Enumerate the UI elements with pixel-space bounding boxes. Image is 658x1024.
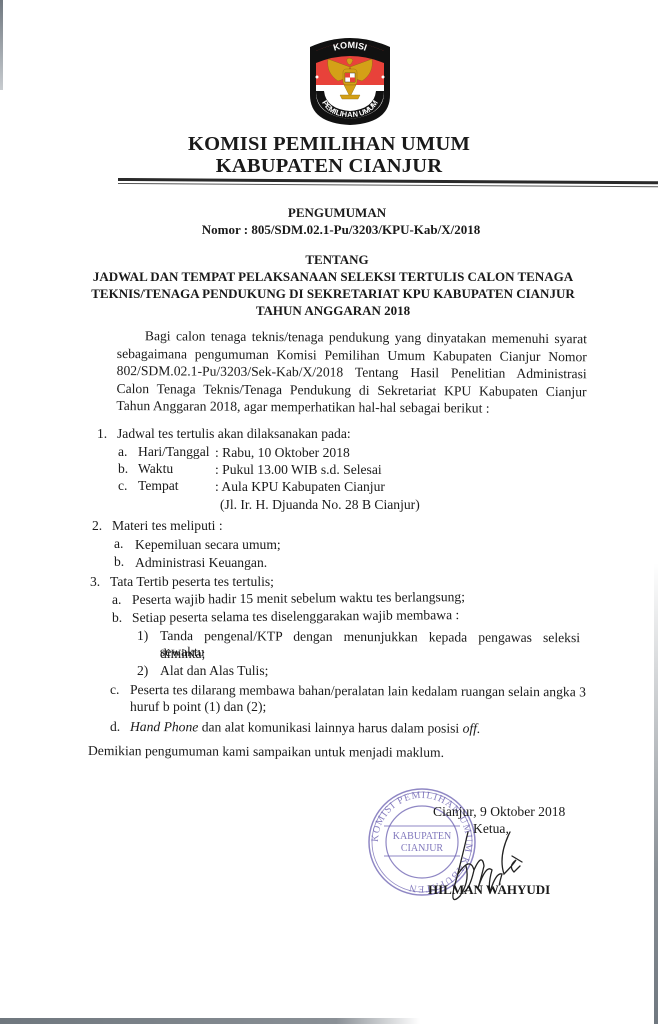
schedule-value-time: : Pukul 13.00 WIB s.d. Selesai	[215, 462, 382, 478]
announcement-number: Nomor : 805/SDM.02.1-Pu/3203/KPU-Kab/X/2…	[12, 222, 658, 238]
section-title: Tata Tertib peserta tes tertulis;	[110, 574, 274, 590]
rule-item: Setiap peserta selama tes diselenggaraka…	[132, 607, 459, 626]
section-title: Materi tes meliputi :	[112, 518, 223, 534]
subject-line: TAHUN ANGGARAN 2018	[4, 302, 658, 319]
subject-line: JADWAL DAN TEMPAT PELAKSANAAN SELEKSI TE…	[4, 268, 658, 285]
rule-item: Peserta tes dilarang membawa bahan/peral…	[130, 682, 586, 700]
item-letter: a.	[114, 536, 123, 552]
signature-place-date: Cianjur, 9 Oktober 2018	[433, 804, 565, 820]
scan-edge-bottom	[0, 1018, 420, 1024]
italic-term: off.	[463, 721, 481, 736]
sub-item-number: 1)	[137, 628, 148, 644]
handwritten-signature-icon	[440, 826, 530, 916]
announcement-subject: JADWAL DAN TEMPAT PELAKSANAAN SELEKSI TE…	[4, 268, 658, 319]
sub-item-number: 2)	[137, 663, 148, 679]
section-title: Jadwal tes tertulis akan dilaksanakan pa…	[117, 426, 351, 442]
item-letter: a.	[118, 444, 127, 460]
about-label: TENTANG	[8, 252, 658, 268]
material-item: Administrasi Keuangan.	[135, 555, 267, 571]
section-number: 3.	[90, 574, 100, 590]
schedule-value-place: : Aula KPU Kabupaten Cianjur	[215, 479, 385, 495]
item-letter: d.	[110, 719, 120, 735]
rule-item-continued: huruf b point (1) dan (2);	[130, 699, 266, 715]
schedule-label-place: Tempat	[138, 478, 179, 494]
section-number: 2.	[92, 518, 102, 534]
rule-item: Peserta wajib hadir 15 menit sebelum wak…	[132, 589, 465, 608]
org-name-line1: KOMISI PEMILIHAN UMUM	[0, 133, 658, 156]
intro-text: Bagi calon tenaga teknis/tenaga pendukun…	[116, 328, 587, 416]
header-rule-thin	[118, 183, 658, 187]
item-letter: b.	[114, 554, 124, 570]
sub-item-continued: diminta;	[160, 646, 205, 662]
org-name-line2: KABUPATEN CIANJUR	[0, 155, 658, 178]
schedule-label-date: Hari/Tanggal	[138, 444, 210, 460]
kpu-logo-icon: KOMISI PEMILIHAN UMUM	[306, 33, 394, 125]
signatory-name: HILMAN WAHYUDI	[428, 882, 550, 898]
schedule-value-address: (Jl. Ir. H. Djuanda No. 28 B Cianjur)	[220, 497, 420, 513]
material-item: Kepemiluan secara umum;	[135, 537, 281, 553]
item-letter: c.	[110, 682, 119, 698]
intro-paragraph: Bagi calon tenaga teknis/tenaga pendukun…	[116, 327, 587, 418]
announcement-title: PENGUMUMAN	[8, 205, 658, 221]
italic-term: Hand Phone	[130, 719, 198, 734]
sub-item: Alat dan Alas Tulis;	[160, 663, 268, 679]
sub-item: Tanda pengenal/KTP dengan menunjukkan ke…	[160, 628, 580, 662]
rule-item: Hand Phone dan alat komunikasi lainnya h…	[130, 719, 480, 737]
item-letter: a.	[112, 592, 121, 608]
scan-edge-left	[0, 0, 3, 90]
item-letter: b.	[112, 610, 122, 626]
closing-statement: Demikian pengumuman kami sampaikan untuk…	[88, 743, 444, 761]
item-letter: c.	[118, 478, 127, 494]
schedule-value-date: : Rabu, 10 Oktober 2018	[215, 445, 350, 461]
rule-text: dan alat komunikasi lainnya harus dalam …	[198, 719, 462, 735]
svg-text:CIANJUR: CIANJUR	[401, 843, 444, 854]
schedule-label-time: Waktu	[138, 461, 173, 477]
section-number: 1.	[97, 426, 107, 442]
subject-line: TEKNIS/TENAGA PENDUKUNG DI SEKRETARIAT K…	[4, 285, 658, 302]
item-letter: b.	[118, 461, 128, 477]
